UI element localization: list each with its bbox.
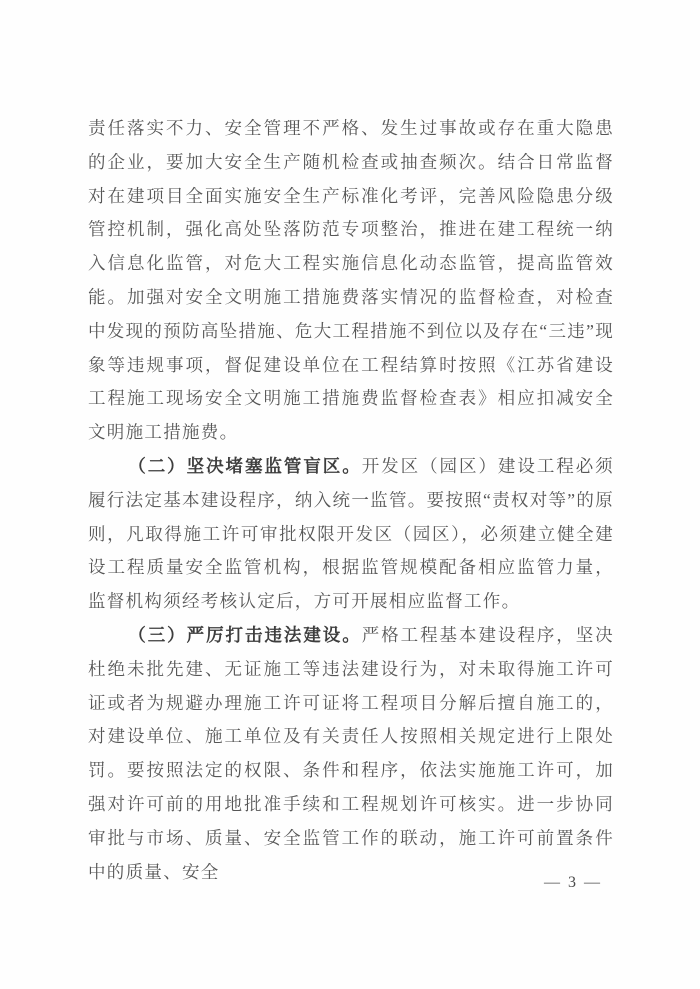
section-heading-2: （二）坚决堵塞监管盲区。 [128,456,361,476]
paragraph-text: 严格工程基本建设程序，坚决杜绝未批先建、无证施工等违法建设行为，对未取得施工许可… [88,625,614,882]
section-heading-3: （三）严厉打击违法建设。 [128,625,361,645]
paragraph-text: 责任落实不力、安全管理不严格、发生过事故或存在重大隐患的企业，要加大安全生产随机… [88,118,614,442]
paragraph-continuation: 责任落实不力、安全管理不严格、发生过事故或存在重大隐患的企业，要加大安全生产随机… [88,112,614,450]
paragraph-text: 开发区（园区）建设工程必须履行法定基本建设程序，纳入统一监管。要按照“责权对等”… [88,456,614,611]
document-body: 责任落实不力、安全管理不严格、发生过事故或存在重大隐患的企业，要加大安全生产随机… [88,112,614,889]
paragraph-section-2: （二）坚决堵塞监管盲区。开发区（园区）建设工程必须履行法定基本建设程序，纳入统一… [88,450,614,619]
page-number: — 3 — [544,874,602,892]
document-page: 责任落实不力、安全管理不严格、发生过事故或存在重大隐患的企业，要加大安全生产随机… [0,0,700,989]
paragraph-section-3: （三）严厉打击违法建设。严格工程基本建设程序，坚决杜绝未批先建、无证施工等违法建… [88,619,614,889]
